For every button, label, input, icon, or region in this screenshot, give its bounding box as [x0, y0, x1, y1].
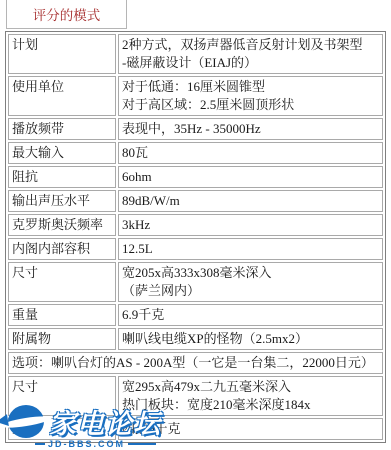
table-row-options: 选项：喇叭台灯的AS - 200A型（一它是一台集二，22000日元） [8, 352, 383, 374]
spec-value: 89dB/W/m [118, 190, 383, 212]
spec-label: 使用单位 [8, 76, 116, 116]
spec-label: 重量 [8, 304, 116, 326]
table-row: 最大输入 80瓦 [8, 142, 383, 164]
table-row: 输出声压水平 89dB/W/m [8, 190, 383, 212]
spec-label: 尺寸 [8, 376, 116, 416]
spec-label: 克罗斯奥沃频率 [8, 214, 116, 236]
spec-value: 2种方式，双扬声器低音反射计划及书架型 -磁屏蔽设计（EIAJ的） [118, 34, 383, 74]
spec-label: 计划 [8, 34, 116, 74]
spec-mode-tab-label: 评分的模式 [33, 4, 101, 24]
spec-label: 输出声压水平 [8, 190, 116, 212]
spec-value: 3kHz [118, 214, 383, 236]
spec-value: 四点o千克 [118, 418, 383, 440]
spec-value: 6.9千克 [118, 304, 383, 326]
spec-value: 80瓦 [118, 142, 383, 164]
spec-value: 对于低通：16厘米圆锥型 对于高区域：2.5厘米圆顶形状 [118, 76, 383, 116]
table-row: 尺寸 宽205x高333x308毫米深入 （萨兰网内） [8, 262, 383, 302]
spec-label: 重量 [8, 418, 116, 440]
spec-value: 宽205x高333x308毫米深入 （萨兰网内） [118, 262, 383, 302]
spec-mode-tab: 评分的模式 [6, 0, 127, 29]
table-row: 阻抗 6ohm [8, 166, 383, 188]
table-row: 尺寸 宽295x高479x二九五毫米深入 热门板块：宽度210毫米深度184x [8, 376, 383, 416]
spec-label: 播放频带 [8, 118, 116, 140]
spec-value: 喇叭线电缆XP的怪物（2.5mx2） [118, 328, 383, 350]
table-row: 克罗斯奥沃频率 3kHz [8, 214, 383, 236]
spec-value-fullwidth: 选项：喇叭台灯的AS - 200A型（一它是一台集二，22000日元） [8, 352, 383, 374]
spec-label: 最大输入 [8, 142, 116, 164]
spec-label: 尺寸 [8, 262, 116, 302]
table-row: 重量 6.9千克 [8, 304, 383, 326]
table-row: 内阁内部容积 12.5L [8, 238, 383, 260]
spec-value: 表现中，35Hz - 35000Hz [118, 118, 383, 140]
table-row: 播放频带 表现中，35Hz - 35000Hz [8, 118, 383, 140]
spec-table: 计划 2种方式，双扬声器低音反射计划及书架型 -磁屏蔽设计（EIAJ的） 使用单… [5, 31, 386, 443]
divider [35, 443, 45, 445]
spec-value: 宽295x高479x二九五毫米深入 热门板块：宽度210毫米深度184x [118, 376, 383, 416]
table-row: 重量 四点o千克 [8, 418, 383, 440]
spec-value: 6ohm [118, 166, 383, 188]
spec-label: 阻抗 [8, 166, 116, 188]
spec-label: 内阁内部容积 [8, 238, 116, 260]
divider [128, 443, 156, 445]
spec-value: 12.5L [118, 238, 383, 260]
table-row: 附属物 喇叭线电缆XP的怪物（2.5mx2） [8, 328, 383, 350]
table-row: 使用单位 对于低通：16厘米圆锥型 对于高区域：2.5厘米圆顶形状 [8, 76, 383, 116]
spec-label: 附属物 [8, 328, 116, 350]
table-row: 计划 2种方式，双扬声器低音反射计划及书架型 -磁屏蔽设计（EIAJ的） [8, 34, 383, 74]
